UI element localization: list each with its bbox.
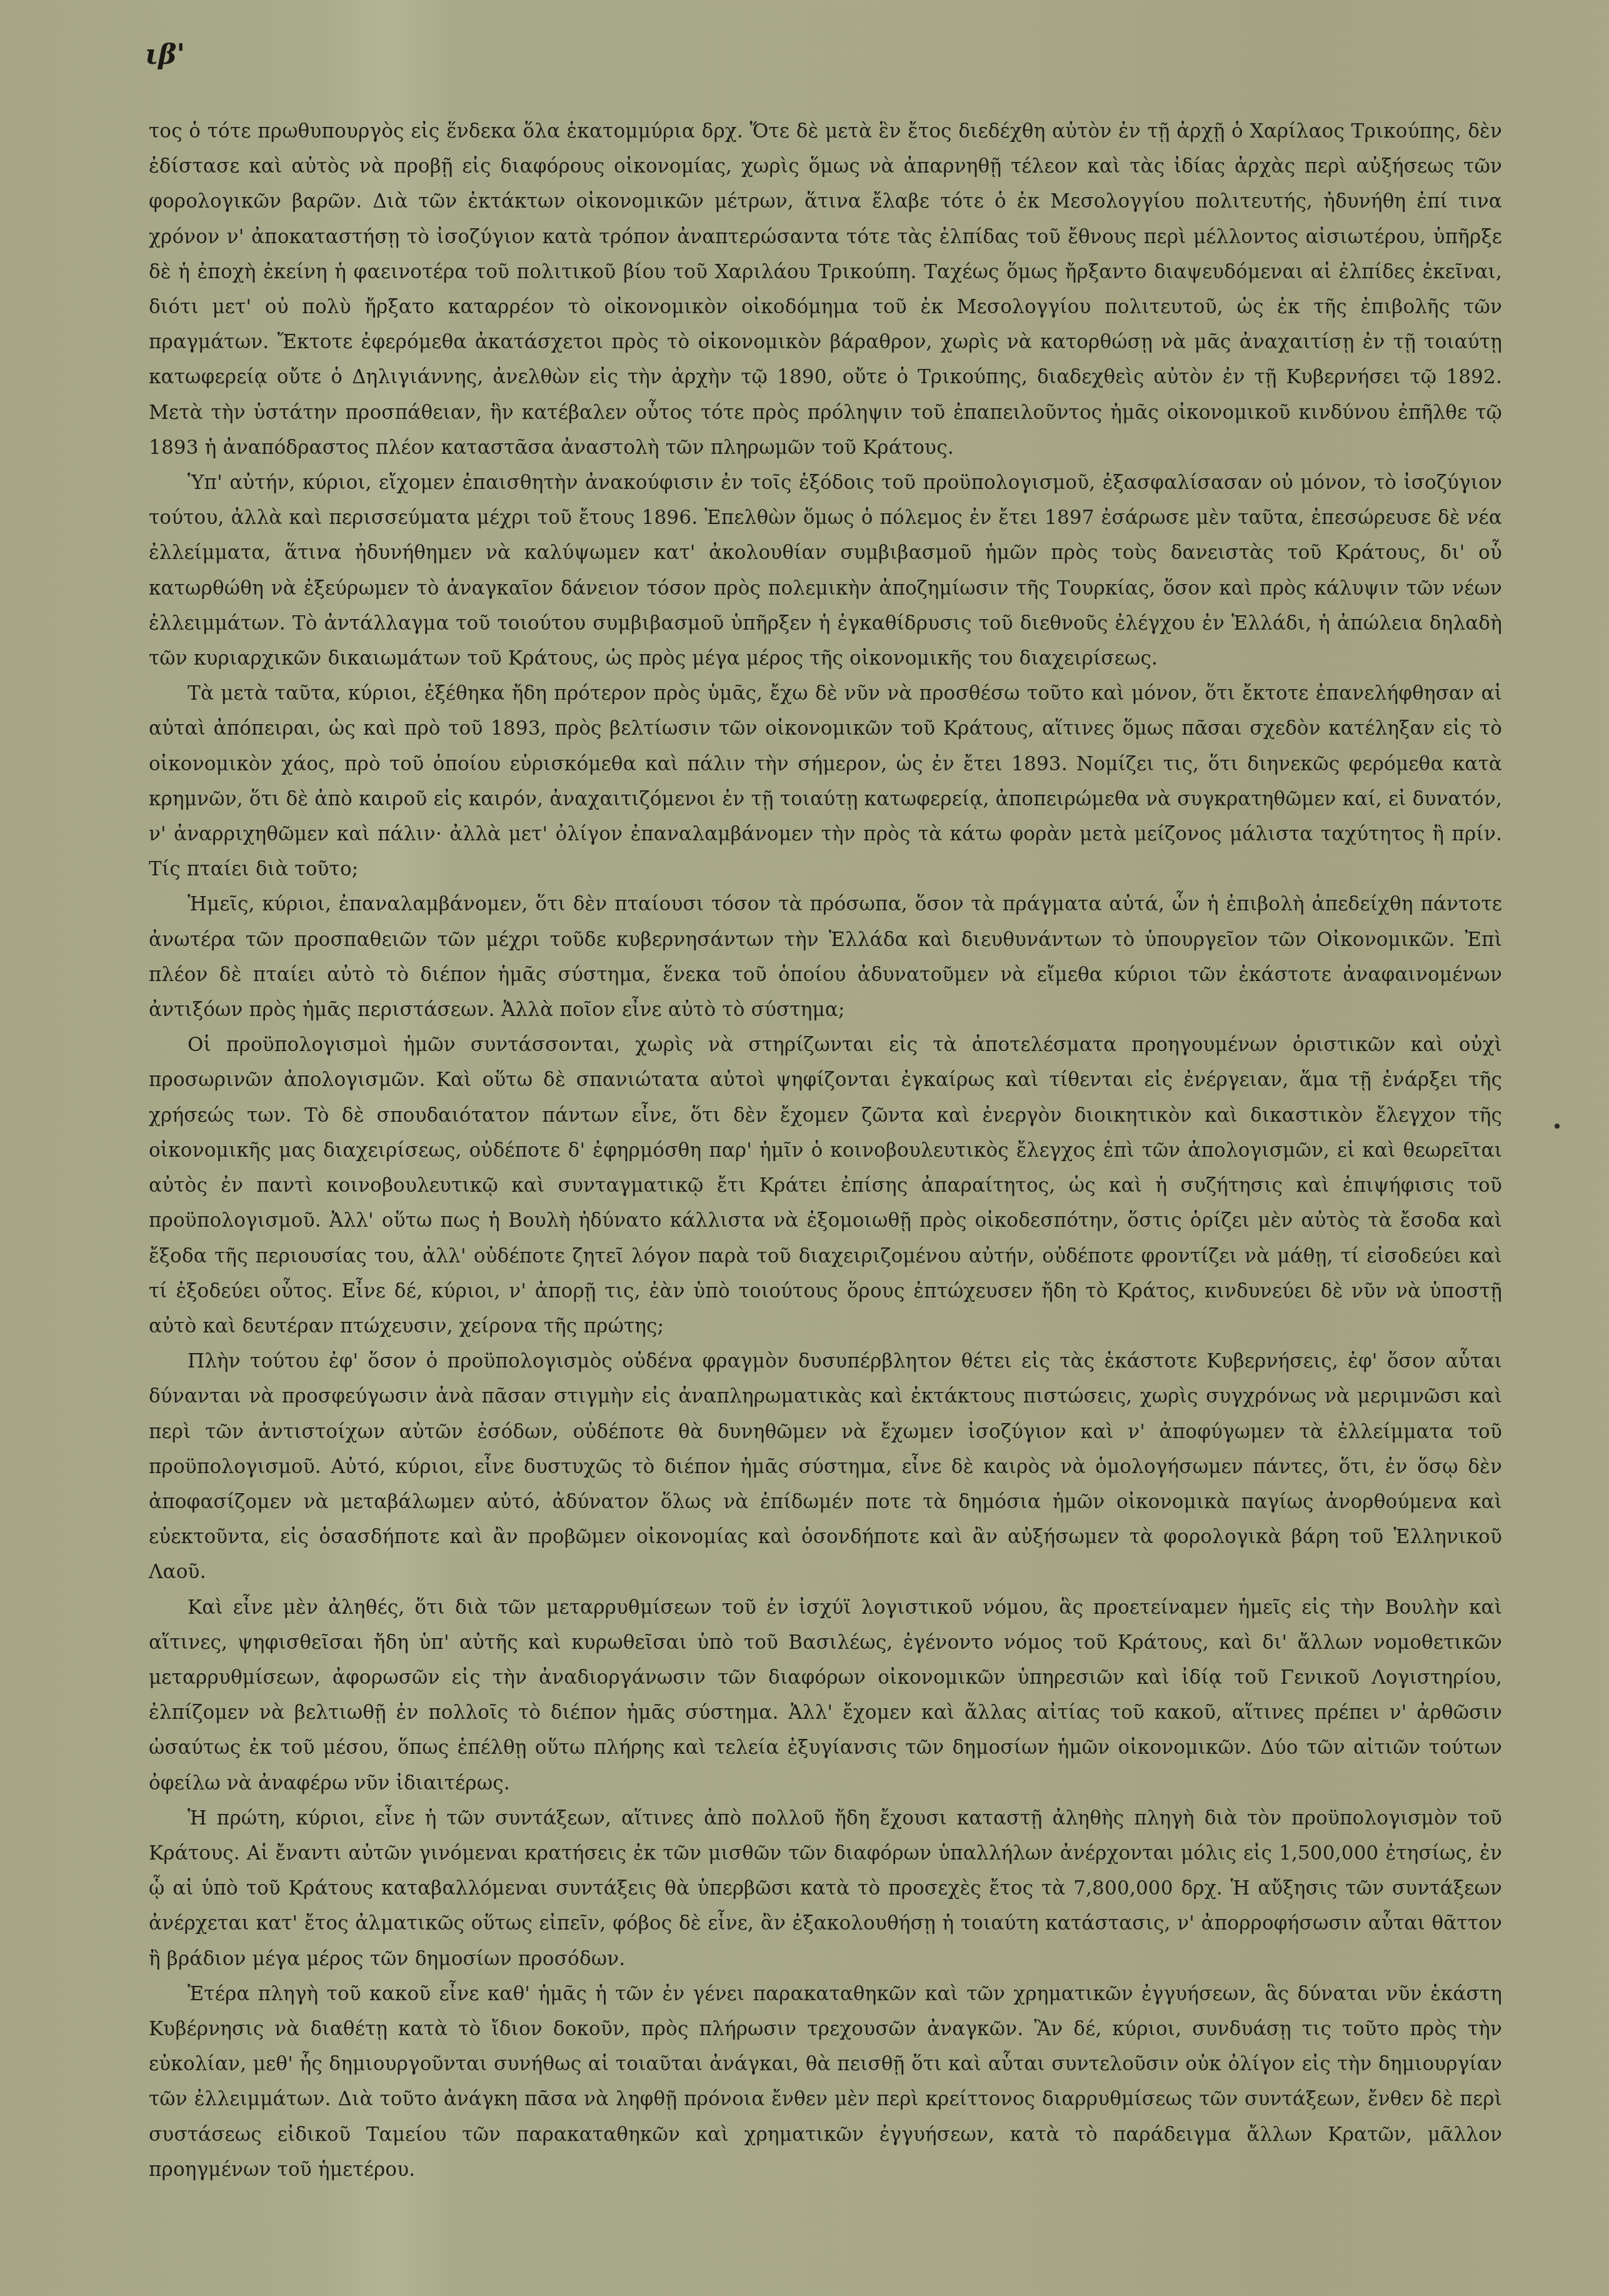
paragraph-6: Πλὴν τούτου ἐφ' ὅσον ὁ προϋπολογισμὸς οὐ… — [149, 1344, 1502, 1589]
paragraph-1: τος ὁ τότε πρωθυπουργὸς εἰς ἕνδεκα ὅλα ἑ… — [149, 114, 1502, 465]
paragraph-2: Ὑπ' αὐτήν, κύριοι, εἴχομεν ἐπαισθητὴν ἀν… — [149, 465, 1502, 676]
paragraph-9: Ἑτέρα πληγὴ τοῦ κακοῦ εἶνε καθ' ἡμᾶς ἡ τ… — [149, 1976, 1502, 2187]
paragraph-5: Οἱ προϋπολογισμοὶ ἡμῶν συντάσσονται, χωρ… — [149, 1027, 1502, 1344]
paragraph-3: Τὰ μετὰ ταῦτα, κύριοι, ἐξέθηκα ἤδη πρότε… — [149, 676, 1502, 887]
paragraph-8: Ἡ πρώτη, κύριοι, εἶνε ἡ τῶν συντάξεων, α… — [149, 1801, 1502, 1976]
paragraph-7: Καὶ εἶνε μὲν ἀληθές, ὅτι διὰ τῶν μεταρρυ… — [149, 1590, 1502, 1801]
paragraph-4: Ἡμεῖς, κύριοι, ἐπαναλαμβάνομεν, ὅτι δὲν … — [149, 887, 1502, 1027]
page-number: ιβ' — [145, 39, 185, 71]
body-text: τος ὁ τότε πρωθυπουργὸς εἰς ἕνδεκα ὅλα ἑ… — [149, 114, 1502, 2187]
margin-mark — [1555, 1124, 1560, 1129]
